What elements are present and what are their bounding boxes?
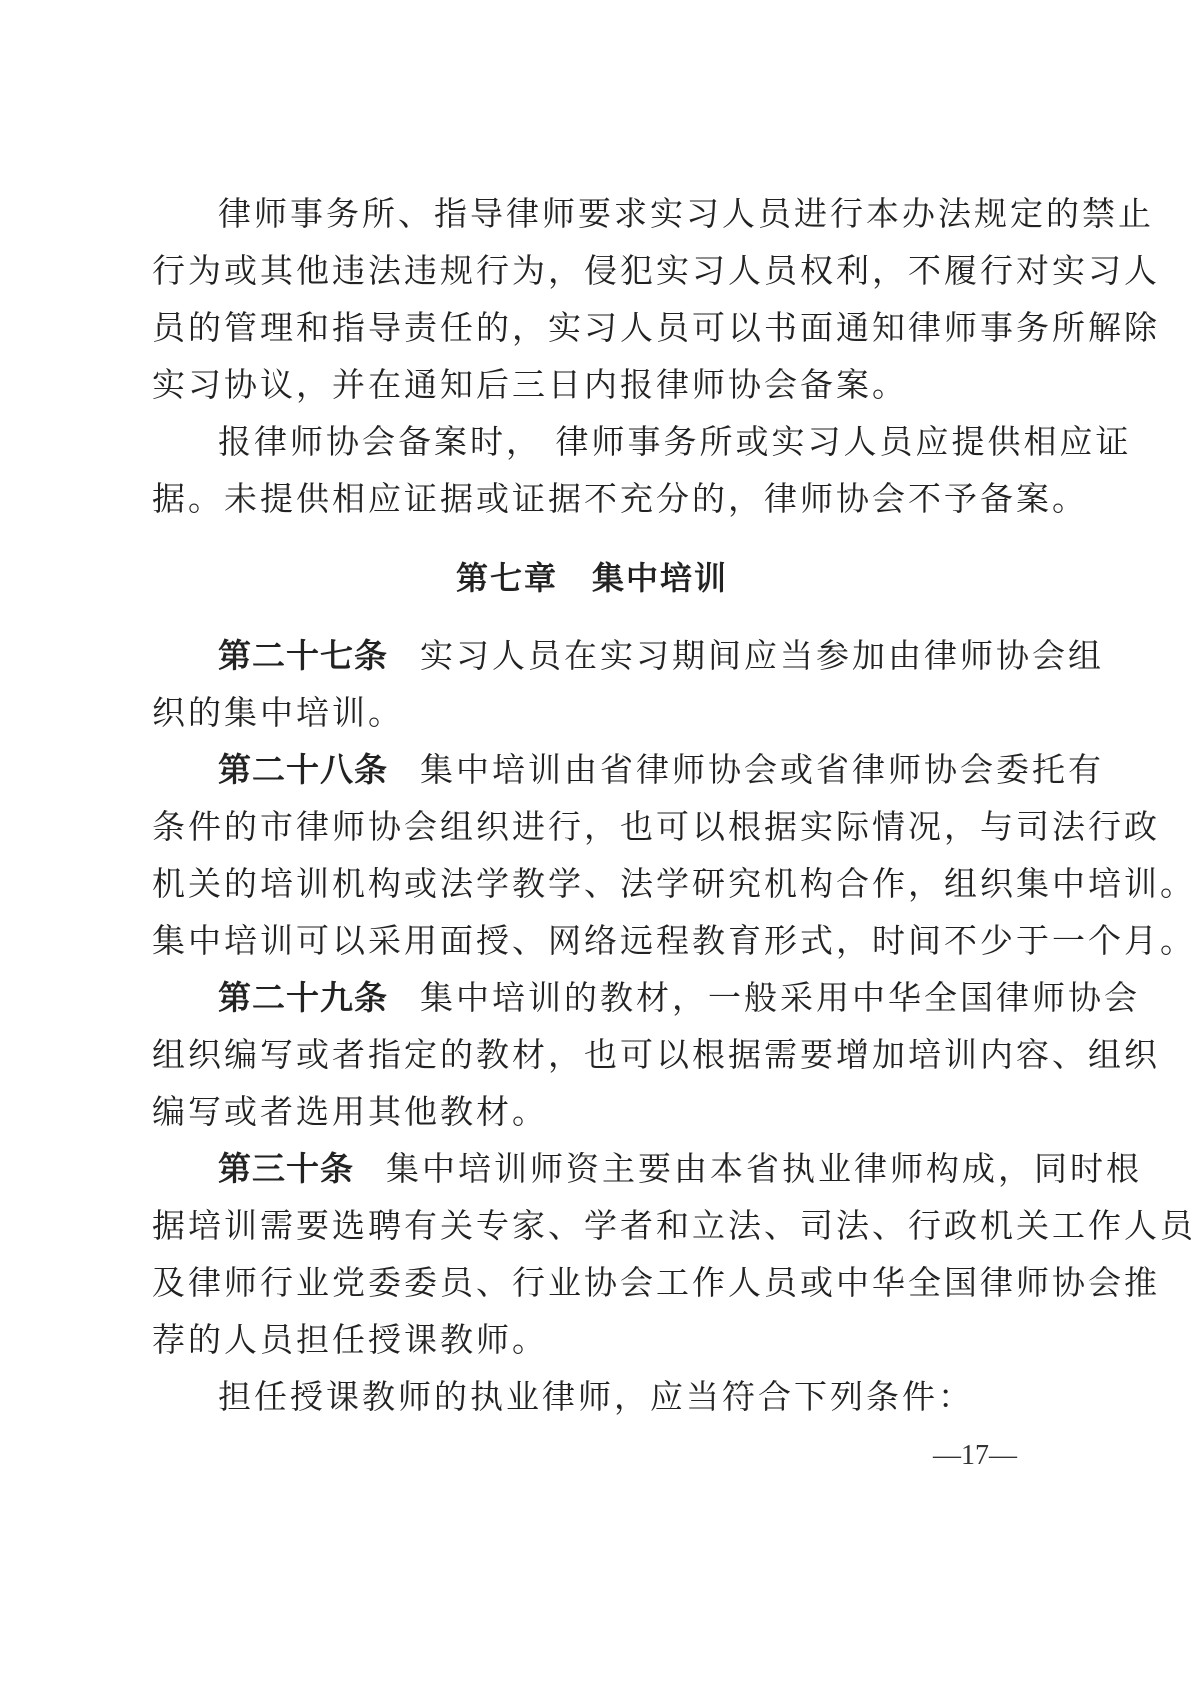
article-28: 第二十八条集中培训由省律师协会或省律师协会委托有 — [152, 741, 1032, 798]
text-line: 编写或者选用其他教材。 — [152, 1083, 1032, 1140]
article-text: 集中培训师资主要由本省执业律师构成，同时根 — [386, 1149, 1142, 1188]
text-line: 行为或其他违法违规行为，侵犯实习人员权利，不履行对实习人 — [152, 242, 1032, 299]
article-label: 第二十九条 — [218, 978, 388, 1017]
article-text: 集中培训的教材，一般采用中华全国律师协会 — [420, 978, 1140, 1017]
closing-line: 担任授课教师的执业律师，应当符合下列条件： — [152, 1368, 1032, 1425]
text-line: 机关的培训机构或法学教学、法学研究机构合作，组织集中培训。 — [152, 855, 1032, 912]
text-line: 条件的市律师协会组织进行，也可以根据实际情况，与司法行政 — [152, 798, 1032, 855]
document-body: 律师事务所、指导律师要求实习人员进行本办法规定的禁止 行为或其他违法违规行为，侵… — [152, 185, 1032, 1425]
chapter-title: 第七章 集中培训 — [152, 539, 1032, 617]
article-29: 第二十九条集中培训的教材，一般采用中华全国律师协会 — [152, 969, 1032, 1026]
text-line: 律师事务所、指导律师要求实习人员进行本办法规定的禁止 — [152, 185, 1032, 242]
article-27: 第二十七条实习人员在实习期间应当参加由律师协会组 — [152, 627, 1032, 684]
text-line: 实习协议，并在通知后三日内报律师协会备案。 — [152, 356, 1032, 413]
text-line: 荐的人员担任授课教师。 — [152, 1311, 1032, 1368]
article-label: 第二十八条 — [218, 750, 388, 789]
text-line: 据。未提供相应证据或证据不充分的，律师协会不予备案。 — [152, 470, 1032, 527]
text-line: 报律师协会备案时， 律师事务所或实习人员应提供相应证 — [152, 413, 1032, 470]
text-line: 及律师行业党委委员、行业协会工作人员或中华全国律师协会推 — [152, 1254, 1032, 1311]
article-label: 第二十七条 — [218, 636, 388, 675]
article-30: 第三十条集中培训师资主要由本省执业律师构成，同时根 — [152, 1140, 1032, 1197]
text-line: 员的管理和指导责任的，实习人员可以书面通知律师事务所解除 — [152, 299, 1032, 356]
text-line: 据培训需要选聘有关专家、学者和立法、司法、行政机关工作人员 — [152, 1197, 1032, 1254]
text-line: 集中培训可以采用面授、网络远程教育形式，时间不少于一个月。 — [152, 912, 1032, 969]
article-text: 集中培训由省律师协会或省律师协会委托有 — [420, 750, 1104, 789]
article-text: 实习人员在实习期间应当参加由律师协会组 — [420, 636, 1104, 675]
page-number: —17— — [933, 1440, 1017, 1472]
article-label: 第三十条 — [218, 1149, 354, 1188]
text-line: 织的集中培训。 — [152, 684, 1032, 741]
text-line: 组织编写或者指定的教材，也可以根据需要增加培训内容、组织 — [152, 1026, 1032, 1083]
